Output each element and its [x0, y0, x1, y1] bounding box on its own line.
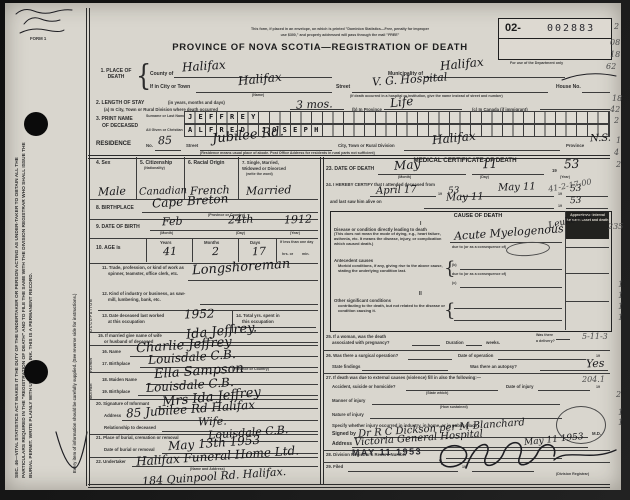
pregnancy-label-2: associated with pregnancy?	[332, 340, 390, 345]
residence-label: RESIDENCE	[96, 141, 131, 147]
birthdate-month-note: (Month)	[160, 231, 173, 235]
autopsy-label: Was there an autopsy?	[470, 364, 517, 369]
date-of-death-year-note: (Year)	[560, 175, 570, 179]
printed-19: 19	[596, 385, 600, 389]
field-line	[384, 108, 462, 110]
registrar-signature-scrawl	[428, 426, 620, 488]
last-saw-year: 53	[570, 196, 582, 206]
margin-code: 2	[614, 116, 619, 125]
findings-label: State findings	[332, 364, 360, 369]
margin-code: 42	[610, 105, 620, 114]
residence-province-label: Province	[566, 143, 584, 148]
burial-date-label: Date of burial or removal	[104, 447, 155, 452]
marital-value: Married	[246, 183, 292, 198]
name-title-2: OF DECEASED	[102, 123, 138, 129]
field-line	[370, 417, 562, 419]
margin-code: 1	[618, 313, 623, 322]
burial-place-label: 21. Place of burial, cremation or remova…	[96, 435, 179, 440]
residence-province-value: N.S.	[590, 133, 611, 145]
manner-label: Manner of injury	[332, 398, 365, 403]
column-rule	[320, 157, 324, 484]
city-label: If in City or Town	[150, 84, 190, 90]
accident-label: Accident, suicide or homicide?	[332, 384, 396, 389]
printed-19: 19	[558, 204, 562, 208]
pencil-code-q25: 5-11-3	[582, 332, 608, 341]
last-worked-label-2: at this occupation	[108, 319, 145, 324]
injury-date-label: Date of injury	[506, 384, 533, 389]
birthdate-day-note: (Day)	[236, 231, 245, 235]
father-side-label: FATHER	[89, 346, 97, 372]
margin-code: 18	[612, 94, 622, 103]
industry-label-2: mill, lumbering, bank, etc.	[108, 297, 161, 302]
rule	[323, 372, 610, 374]
margin-code: 2	[616, 160, 621, 169]
field-line	[406, 389, 498, 391]
occupation-11-label-1: 11. Trade, profession, or kind of work a…	[102, 265, 184, 270]
street-note: (If death occurred in a hospital or inst…	[350, 94, 503, 98]
age-less-label: If less than one day	[280, 240, 318, 245]
due-to-label: due to (or as a consequence of)	[452, 245, 506, 249]
last-worked-label-1: 13. Date deceased last worked	[102, 313, 164, 318]
street-label: Street	[336, 84, 350, 90]
date-of-death-day: 11	[482, 157, 498, 172]
margin-code: 4	[614, 148, 619, 157]
field-line	[150, 229, 318, 231]
scanned-death-registration-photo: FORM 1 SEC. 46—VITAL STATISTICS ACT MAKE…	[0, 0, 630, 500]
informant-relationship-label: Relationship to deceased	[104, 425, 156, 430]
mailing-note-line1: This form, if placed in an envelope, on …	[150, 27, 530, 31]
citizenship-note: (Nationality)	[144, 166, 165, 170]
field-line	[566, 207, 608, 209]
delivery-label-1: Was there	[536, 333, 553, 337]
cause-of-death-title: CAUSE OF DEATH	[398, 213, 558, 219]
residence-no-value: 85	[158, 134, 172, 147]
birthdate-label: 9. DATE OF BIRTH	[96, 224, 140, 230]
field-line	[370, 195, 436, 197]
place-of-death-label: 1. PLACE OF DEATH	[94, 68, 138, 80]
delivery-label-2: a delivery?	[536, 339, 555, 343]
field-line	[538, 389, 590, 391]
occupation-11-label-2: spinner, teamster, office clerk, etc.	[108, 271, 178, 276]
age-years-value: 41	[163, 245, 177, 258]
stay-title-note: (in years, months and days)	[168, 100, 225, 105]
birthdate-year-note: (Year)	[290, 231, 300, 235]
age-min-label: min.	[302, 252, 309, 256]
field-line	[408, 358, 452, 360]
spouse-label-1: 15. If married give name of wife	[98, 333, 162, 338]
stay-title: 2. LENGTH OF STAY	[96, 100, 144, 106]
residence-city-label: City, Town or Rural Division	[338, 143, 395, 148]
field-line	[378, 173, 466, 175]
cause-part2-numeral: II	[419, 291, 422, 297]
rule	[90, 237, 318, 239]
margin-code: 18	[610, 50, 620, 59]
margin-code: 1	[618, 418, 623, 427]
margin-code: 1	[616, 136, 621, 145]
margin-code: 1	[618, 302, 623, 311]
rule	[499, 38, 611, 39]
filed-label: 29. Filed	[326, 464, 343, 469]
field-line	[540, 108, 610, 110]
rule	[566, 272, 609, 274]
field-line	[472, 173, 544, 175]
field-line	[132, 465, 318, 467]
department-note: For use of the Department only	[510, 61, 563, 65]
date-of-death-day-note: (Day)	[480, 175, 489, 179]
margin-code: 1	[618, 408, 623, 417]
nature-label: Nature of injury	[332, 412, 364, 417]
antecedent-c-label: (c)	[452, 281, 456, 285]
rule	[192, 238, 193, 262]
name-title-1: 3. PRINT NAME	[96, 116, 133, 122]
birthdate-year: 1912	[284, 213, 312, 227]
form-title: PROVINCE OF NOVA SCOTIA—REGISTRATION OF …	[110, 42, 530, 53]
marital-label-1: 7. Single, Married,	[242, 160, 279, 165]
racial-origin-label: 6. Racial Origin	[188, 160, 224, 166]
registration-number: 002883	[547, 23, 595, 34]
father-name-label: 16. Name	[102, 349, 121, 354]
printed-19: 19	[552, 168, 557, 173]
rule	[566, 300, 609, 302]
margin-code: 1	[618, 280, 623, 289]
medical-certificate-title: MEDICAL CERTIFICATE OF DEATH	[340, 157, 590, 164]
pregnancy-label-1: 25. If a woman, was the death	[326, 334, 386, 339]
brace: {	[444, 300, 455, 321]
field-line	[188, 279, 318, 281]
margin-code: 2	[616, 390, 621, 399]
field-line	[498, 358, 586, 360]
due-to-label-2: due to (or as a consequence of)	[452, 272, 506, 276]
field-line	[290, 108, 344, 110]
industry-label-1: 12. Kind of industry or business, as saw…	[102, 291, 185, 296]
cause-part2-note2: contributing to the death, but not relat…	[338, 304, 448, 314]
birthdate-day: 24th	[228, 213, 254, 227]
field-line	[352, 91, 548, 93]
date-of-death-month: May	[394, 157, 421, 173]
mother-birthplace-label: 19. Birthplace	[102, 389, 130, 394]
total-years-label-1: 14. Total yrs. spent in	[236, 313, 280, 318]
field-line	[404, 149, 560, 151]
rule	[238, 238, 239, 262]
form-number-label: FORM 1	[30, 36, 46, 41]
pencil-code-q27: 204.1	[582, 375, 605, 384]
physician-address-label: Address	[332, 441, 352, 447]
field-line	[362, 369, 448, 371]
form-left-rule	[86, 8, 90, 486]
antecedent-note: Morbid conditions, if any, giving rise t…	[338, 264, 446, 274]
birthplace-label: 8. BIRTHPLACE	[96, 205, 134, 211]
margin-code: 1	[618, 291, 623, 300]
age-hrs-label: hrs. or	[282, 252, 293, 256]
attended-to-year: 53	[570, 184, 582, 194]
margin-code: 08	[610, 38, 620, 47]
punch-hole-bottom	[24, 360, 48, 384]
birthdate-month: Feb	[162, 215, 183, 229]
field-line	[582, 91, 610, 93]
field-line	[540, 369, 608, 371]
rule	[146, 238, 147, 262]
informant-relationship-value: Wife.	[198, 415, 227, 429]
surname-value: JEFFREY	[188, 113, 262, 121]
registration-number-box: 02- 002883	[498, 18, 612, 60]
date-of-death-month-note: (Month)	[398, 175, 411, 179]
father-birthplace-label: 17. Birthplace	[102, 361, 130, 366]
field-line	[454, 319, 562, 321]
undertaker-label: 22. Undertaker	[96, 459, 126, 464]
printed-19: 19	[558, 192, 562, 196]
city-note: (Name)	[252, 93, 264, 97]
rule	[323, 349, 610, 351]
mother-side-label: MOTHER	[89, 373, 97, 399]
field-line	[556, 338, 570, 340]
external-causes-label: 27. If death was due to external causes …	[326, 375, 481, 380]
margin-code: 235	[608, 222, 623, 231]
margin-code: 2	[614, 22, 619, 31]
last-saw-label: and last saw him alive on	[330, 199, 382, 204]
field-line	[460, 286, 562, 288]
field-line	[200, 303, 318, 305]
weeks-label: weeks.	[486, 340, 500, 345]
antecedent-b-label: (b)	[452, 263, 457, 267]
last-saw-value: May 11	[446, 191, 484, 203]
date-of-death-year: 53	[564, 157, 580, 172]
marital-note: (write the word)	[246, 172, 273, 176]
field-line	[454, 307, 562, 309]
signed-by-label: Signed by	[332, 431, 356, 437]
cause-part1-note2: (This does not mean the mode of dying, e…	[334, 232, 448, 247]
pencil-swoosh	[560, 72, 618, 82]
residence-no-label: No.	[146, 143, 153, 148]
brace: {	[136, 59, 151, 93]
operation-date-label: Date of operation	[458, 353, 493, 358]
mother-name-label: 18. Maiden Name	[102, 377, 137, 382]
printed-19: 19	[438, 192, 442, 196]
age-months-value: 2	[212, 245, 219, 258]
informant-address-label: Address	[104, 413, 121, 418]
attended-to-value: May 11	[498, 181, 536, 193]
age-days-value: 17	[252, 245, 266, 258]
field-line	[466, 344, 482, 346]
state-which-note: (State which)	[426, 391, 448, 395]
rule	[136, 157, 137, 199]
age-label: 10. AGE is	[96, 245, 121, 251]
marital-label-2: Widowed or Divorced	[242, 166, 286, 171]
registration-prefix: 02-	[505, 22, 521, 34]
how-sustained-note: (How sustained)	[440, 405, 468, 409]
rule	[566, 246, 609, 248]
surname-label: Surname or Last Name	[146, 114, 185, 118]
rule	[238, 157, 239, 199]
field-line	[424, 207, 554, 209]
pencil-check-swoosh	[52, 428, 90, 472]
mailing-note-line2: use $300," and properly addressed will p…	[150, 33, 530, 37]
last-worked-value: 1952	[184, 306, 215, 321]
duration-label: Duration	[446, 340, 464, 345]
operation-label: 26. Was there a surgical operation?	[326, 353, 398, 358]
date-of-death-label: 23. DATE OF DEATH	[326, 166, 374, 172]
field-line	[155, 149, 181, 151]
field-line	[412, 344, 440, 346]
punch-hole-top	[24, 112, 48, 136]
filed-date-stamp: MAY 11 1953	[352, 446, 422, 457]
pencil-note-scribble	[10, 6, 90, 38]
sex-label: 4. Sex	[96, 160, 110, 166]
occupation-side-label: OCCUPATION	[89, 264, 97, 332]
county-label: County of	[150, 71, 173, 77]
residence-street-label: Street	[186, 143, 198, 148]
margin-code: 62	[606, 62, 616, 71]
field-line	[460, 268, 562, 270]
house-no-label: House No.	[556, 84, 581, 90]
sex-value: Male	[98, 185, 126, 199]
